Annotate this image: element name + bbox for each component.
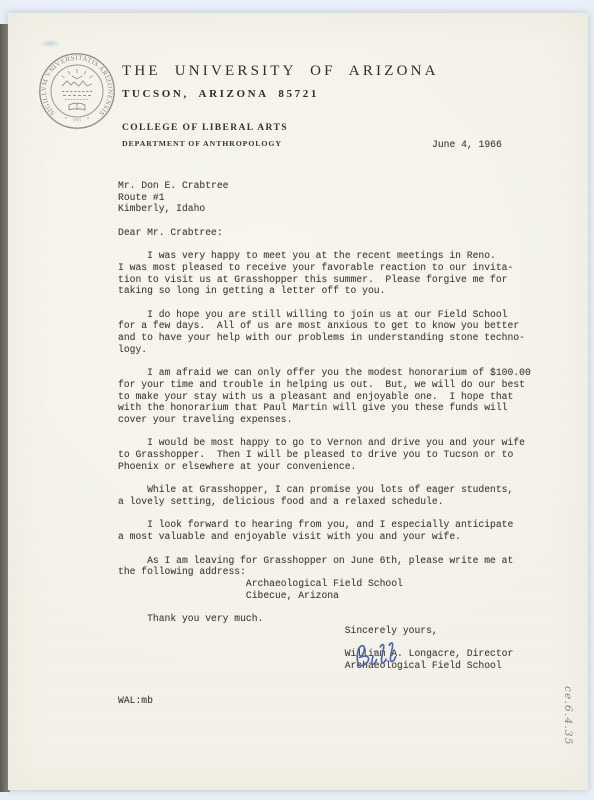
seal-book-icon: [69, 103, 85, 110]
letterhead-university-name: THE UNIVERSITY OF ARIZONA: [122, 63, 439, 80]
university-of-arizona-seal: SIGILLVM VNIVERSITATIS ARIZONENSIS 1885: [35, 49, 119, 133]
seal-sunburst: [62, 69, 93, 79]
ink-smudge: [36, 39, 64, 48]
letterhead-college-line: COLLEGE OF LIBERAL ARTS: [122, 123, 288, 133]
scanned-letter-page: { "letterhead": { "university": "THE UNI…: [0, 0, 594, 800]
seal-desert-scene: [62, 81, 92, 100]
letterhead-department-line: DEPARTMENT OF ANTHROPOLOGY: [122, 139, 282, 148]
handwritten-signature: [348, 635, 412, 677]
catalog-number-note: ce.6.4.35: [562, 686, 574, 746]
seal-year: 1885: [72, 119, 82, 123]
letter-date: June 4, 1966: [432, 139, 502, 150]
letterhead-city-line: TUCSON, ARIZONA 85721: [122, 88, 319, 100]
letter-paper: SIGILLVM VNIVERSITATIS ARIZONENSIS 1885 …: [8, 13, 588, 790]
typed-letter-body: Mr. Don E. Crabtree Route #1 Kimberly, I…: [118, 180, 531, 707]
